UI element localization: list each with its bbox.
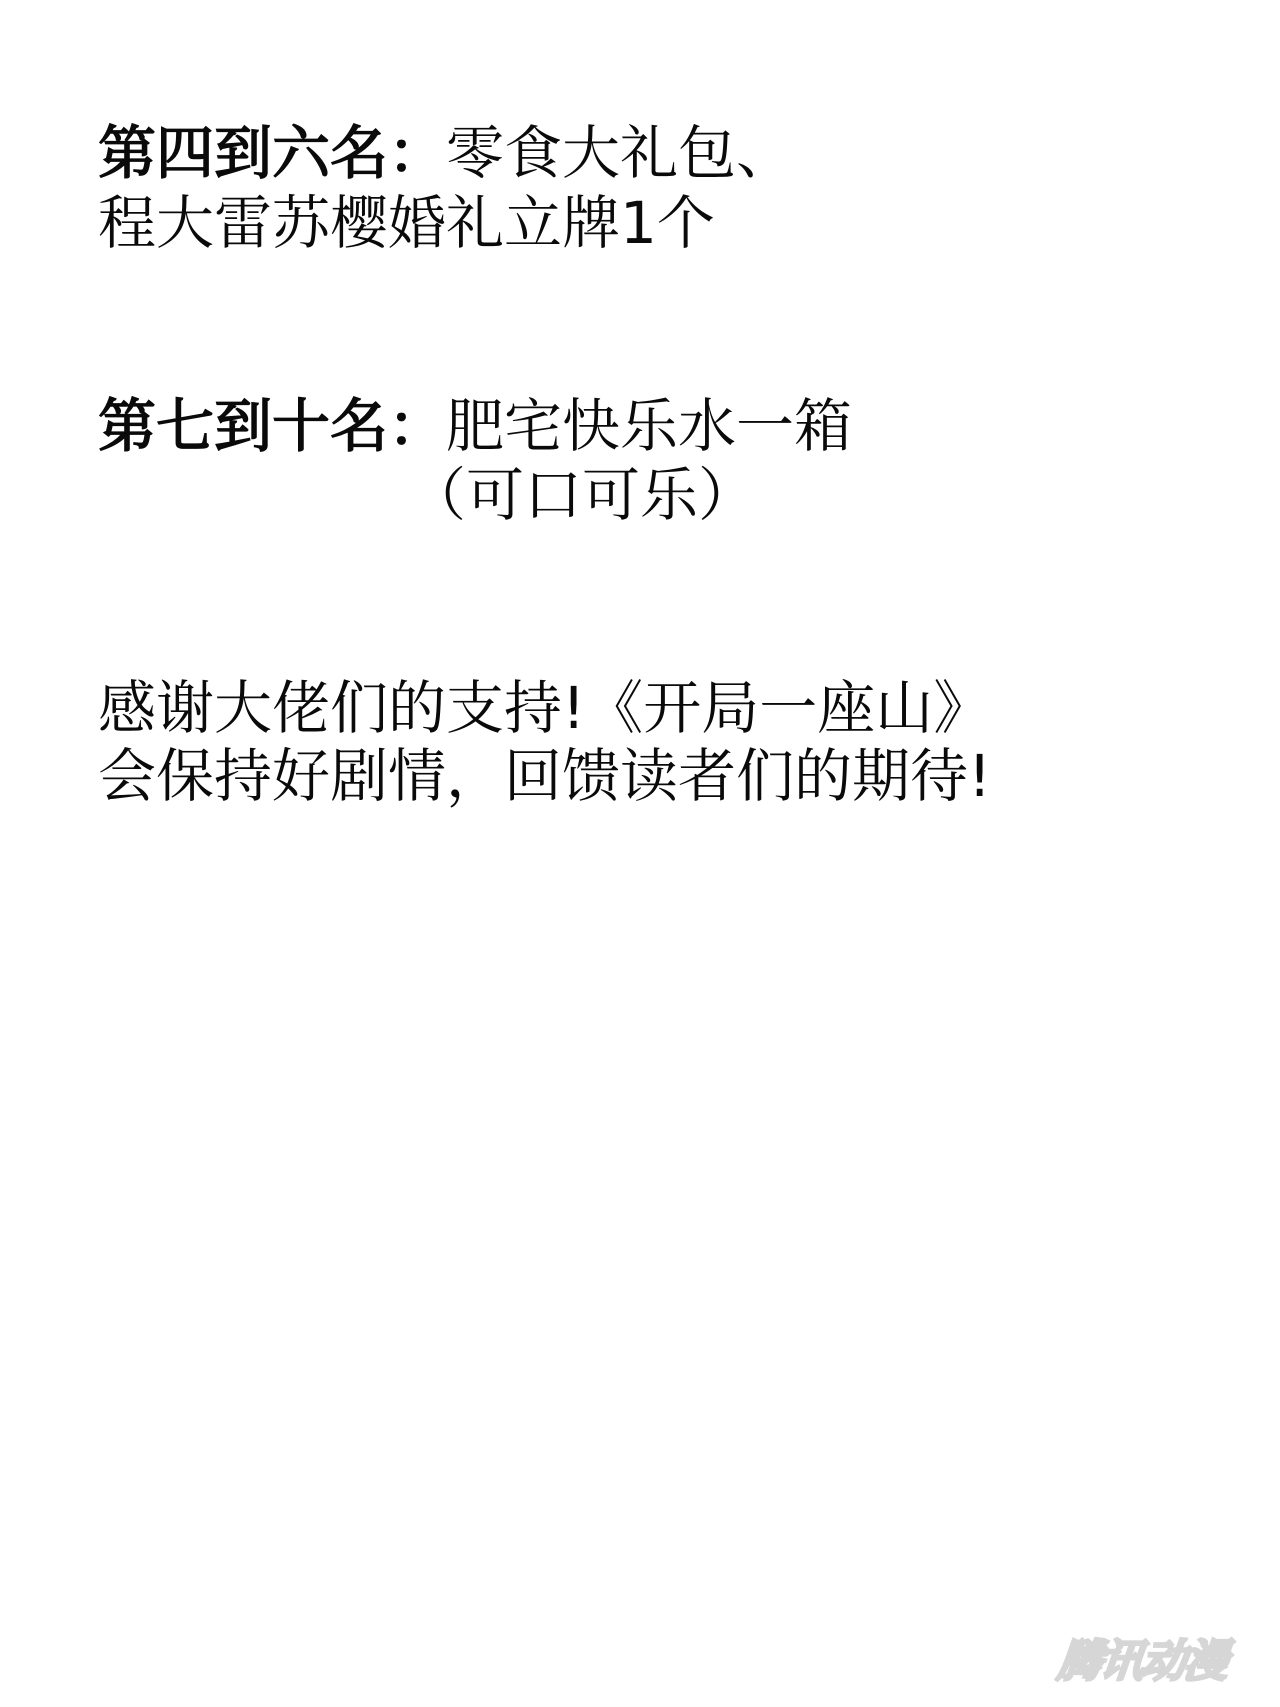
tencent-comics-watermark-logo: 腾讯动漫 bbox=[1055, 1636, 1260, 1688]
reward-note: （可口可乐） bbox=[408, 462, 756, 528]
rank-label: 第七到十名： bbox=[98, 392, 446, 460]
reward-text-continued: 程大雷苏樱婚礼立牌1个 bbox=[98, 190, 715, 256]
rank-label: 第四到六名： bbox=[98, 119, 446, 187]
thanks-line-1: 感谢大佬们的支持!《开局一座山》 bbox=[98, 675, 991, 741]
reward-text: 肥宅快乐水一箱 bbox=[446, 392, 852, 460]
thanks-line-2: 会保持好剧情，回馈读者们的期待! bbox=[98, 743, 991, 809]
prize-line-4-6: 第四到六名：零食大礼包、 bbox=[98, 120, 794, 186]
reward-text: 零食大礼包、 bbox=[446, 119, 794, 187]
prize-line-7-10: 第七到十名：肥宅快乐水一箱 bbox=[98, 393, 852, 459]
